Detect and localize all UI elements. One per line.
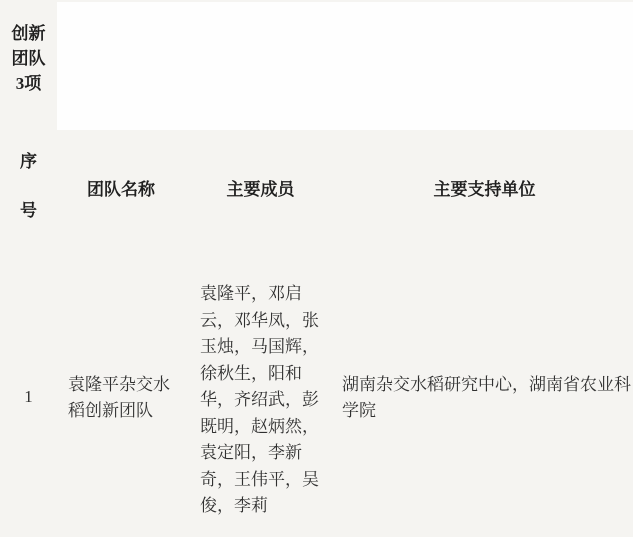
section-label: 创新团队3项 <box>0 21 57 96</box>
column-header-support-units: 主要支持单位 <box>336 180 633 200</box>
row-support-units-cell: 湖南杂交水稻研究中心，湖南省农业科学院 <box>342 372 633 424</box>
section-label-text: 创新团队3项 <box>9 21 49 96</box>
row-members-cell: 袁隆平，邓启云，邓华凤，张玉烛，马国辉，徐秋生，阳和华，齐绍武，彭既明，赵炳然，… <box>200 281 326 520</box>
row-team-name-cell: 袁隆平杂交水稻创新团队 <box>68 372 180 424</box>
row-index-cell: 1 <box>0 384 57 410</box>
column-header-members: 主要成员 <box>185 180 336 200</box>
column-header-index: 序号 <box>0 137 57 235</box>
column-header-index-text: 序号 <box>17 137 41 235</box>
empty-merged-cell <box>57 2 633 130</box>
column-header-team-name: 团队名称 <box>57 180 185 200</box>
document-page: 创新团队3项 序号 团队名称 主要成员 主要支持单位 1 袁隆平杂交水稻创新团队… <box>0 0 633 537</box>
